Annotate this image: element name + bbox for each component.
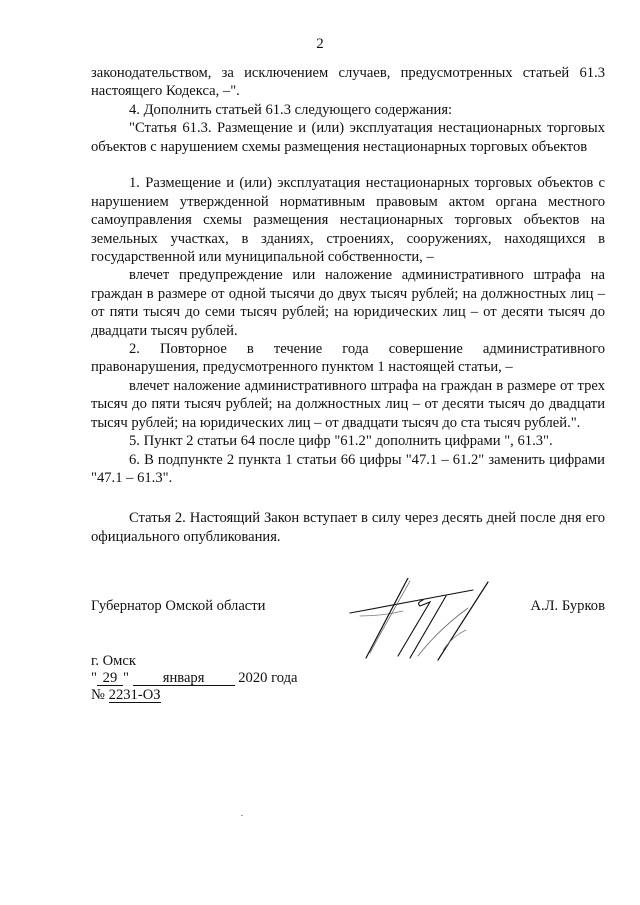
- paragraph-continuation: законодательством, за исключением случае…: [91, 64, 605, 101]
- scan-speck: [241, 815, 243, 816]
- article-61-3-part-2: 2. Повторное в течение года совершение а…: [91, 340, 605, 377]
- article-61-3-heading: "Статья 61.3. Размещение и (или) эксплуа…: [91, 119, 605, 156]
- date-month: января: [133, 671, 235, 686]
- law-number-line: № 2231-ОЗ: [91, 687, 298, 704]
- paragraph-item-6: 6. В подпункте 2 пункта 1 статьи 66 цифр…: [91, 451, 605, 488]
- spacer: [91, 487, 605, 509]
- date-line: "29" января 2020 года: [91, 670, 298, 687]
- number-sign: №: [91, 687, 105, 703]
- date-day: 29: [97, 671, 123, 686]
- paragraph-item-5: 5. Пункт 2 статьи 64 после цифр "61.2" д…: [91, 432, 605, 450]
- handwritten-signature-icon: [348, 578, 508, 668]
- article-61-3-part-1-penalty: влечет предупреждение или наложение адми…: [91, 266, 605, 340]
- signatory-name: А.Л. Бурков: [530, 598, 605, 615]
- document-page: 2 законодательством, за исключением случ…: [0, 0, 640, 905]
- city: г. Омск: [91, 653, 298, 670]
- quote-close: ": [123, 670, 129, 686]
- document-footer: г. Омск "29" января 2020 года № 2231-ОЗ: [91, 653, 298, 704]
- page-number: 2: [0, 36, 640, 53]
- article-61-3-part-2-penalty: влечет наложение административного штраф…: [91, 377, 605, 432]
- paragraph-item-4: 4. Дополнить статьей 61.3 следующего сод…: [91, 101, 605, 119]
- document-body: законодательством, за исключением случае…: [91, 64, 605, 546]
- spacer: [91, 156, 605, 174]
- signatory-position: Губернатор Омской области: [91, 598, 265, 615]
- article-61-3-part-1: 1. Размещение и (или) эксплуатация неста…: [91, 174, 605, 266]
- date-year: 2020 года: [238, 670, 297, 686]
- law-number: 2231-ОЗ: [109, 688, 161, 703]
- article-2: Статья 2. Настоящий Закон вступает в сил…: [91, 509, 605, 546]
